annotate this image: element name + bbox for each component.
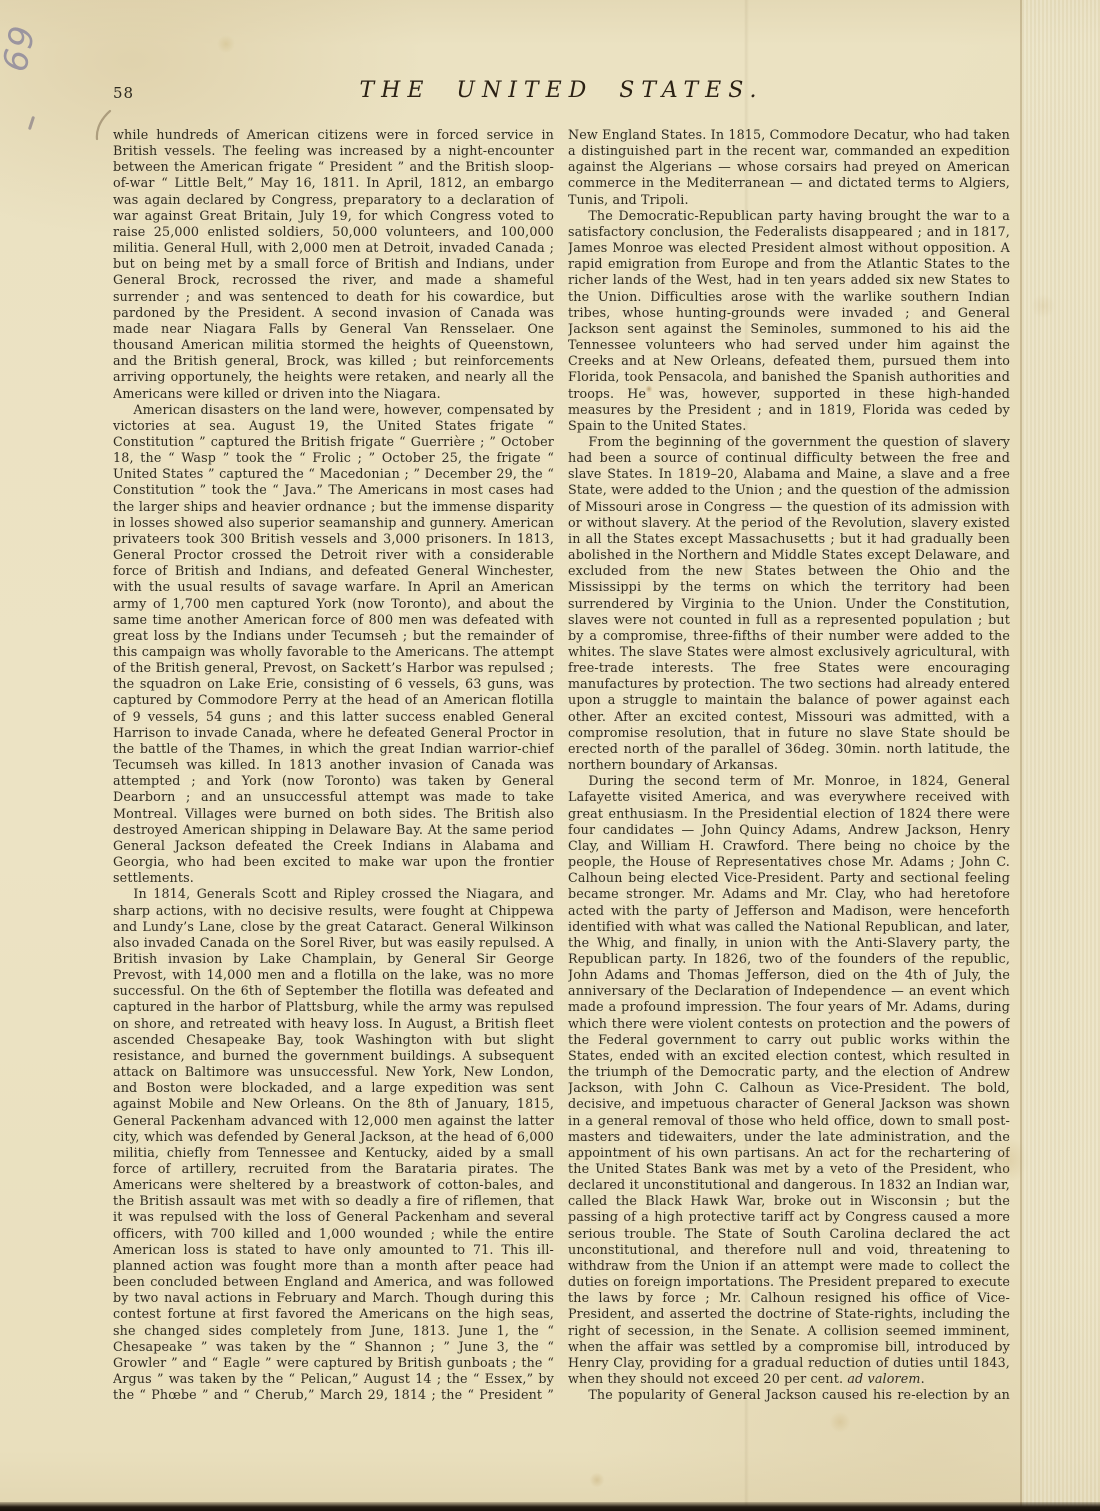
paragraph: American disasters on the land were, how…: [113, 402, 554, 887]
paragraph: During the second term of Mr. Monroe, in…: [568, 773, 1010, 1387]
book-page: 69 58 THE UNITED STATES. while hundreds …: [0, 0, 1100, 1511]
pencil-tick: [28, 116, 35, 130]
paragraph: The popularity of General Jackson caused…: [568, 1387, 1010, 1403]
right-text-column: New England States. In 1815, Commodore D…: [568, 127, 1010, 1403]
paragraph: New England States. In 1815, Commodore D…: [568, 127, 1010, 208]
paragraph: In 1814, Generals Scott and Ripley cross…: [113, 886, 554, 1403]
text-block: while hundreds of American citizens were…: [113, 127, 1010, 1403]
paragraph: From the beginning of the government the…: [568, 434, 1010, 773]
handwritten-pencil-note: 69: [0, 21, 44, 76]
paragraph: The Democratic-Republican party having b…: [568, 208, 1010, 434]
running-title: THE UNITED STATES.: [113, 78, 1010, 103]
paragraph: while hundreds of American citizens were…: [113, 127, 554, 402]
page-header: 58 THE UNITED STATES.: [113, 78, 1010, 112]
scan-bottom-edge: [0, 1502, 1100, 1511]
page-edge: [1020, 0, 1100, 1511]
left-text-column: while hundreds of American citizens were…: [113, 127, 554, 1403]
